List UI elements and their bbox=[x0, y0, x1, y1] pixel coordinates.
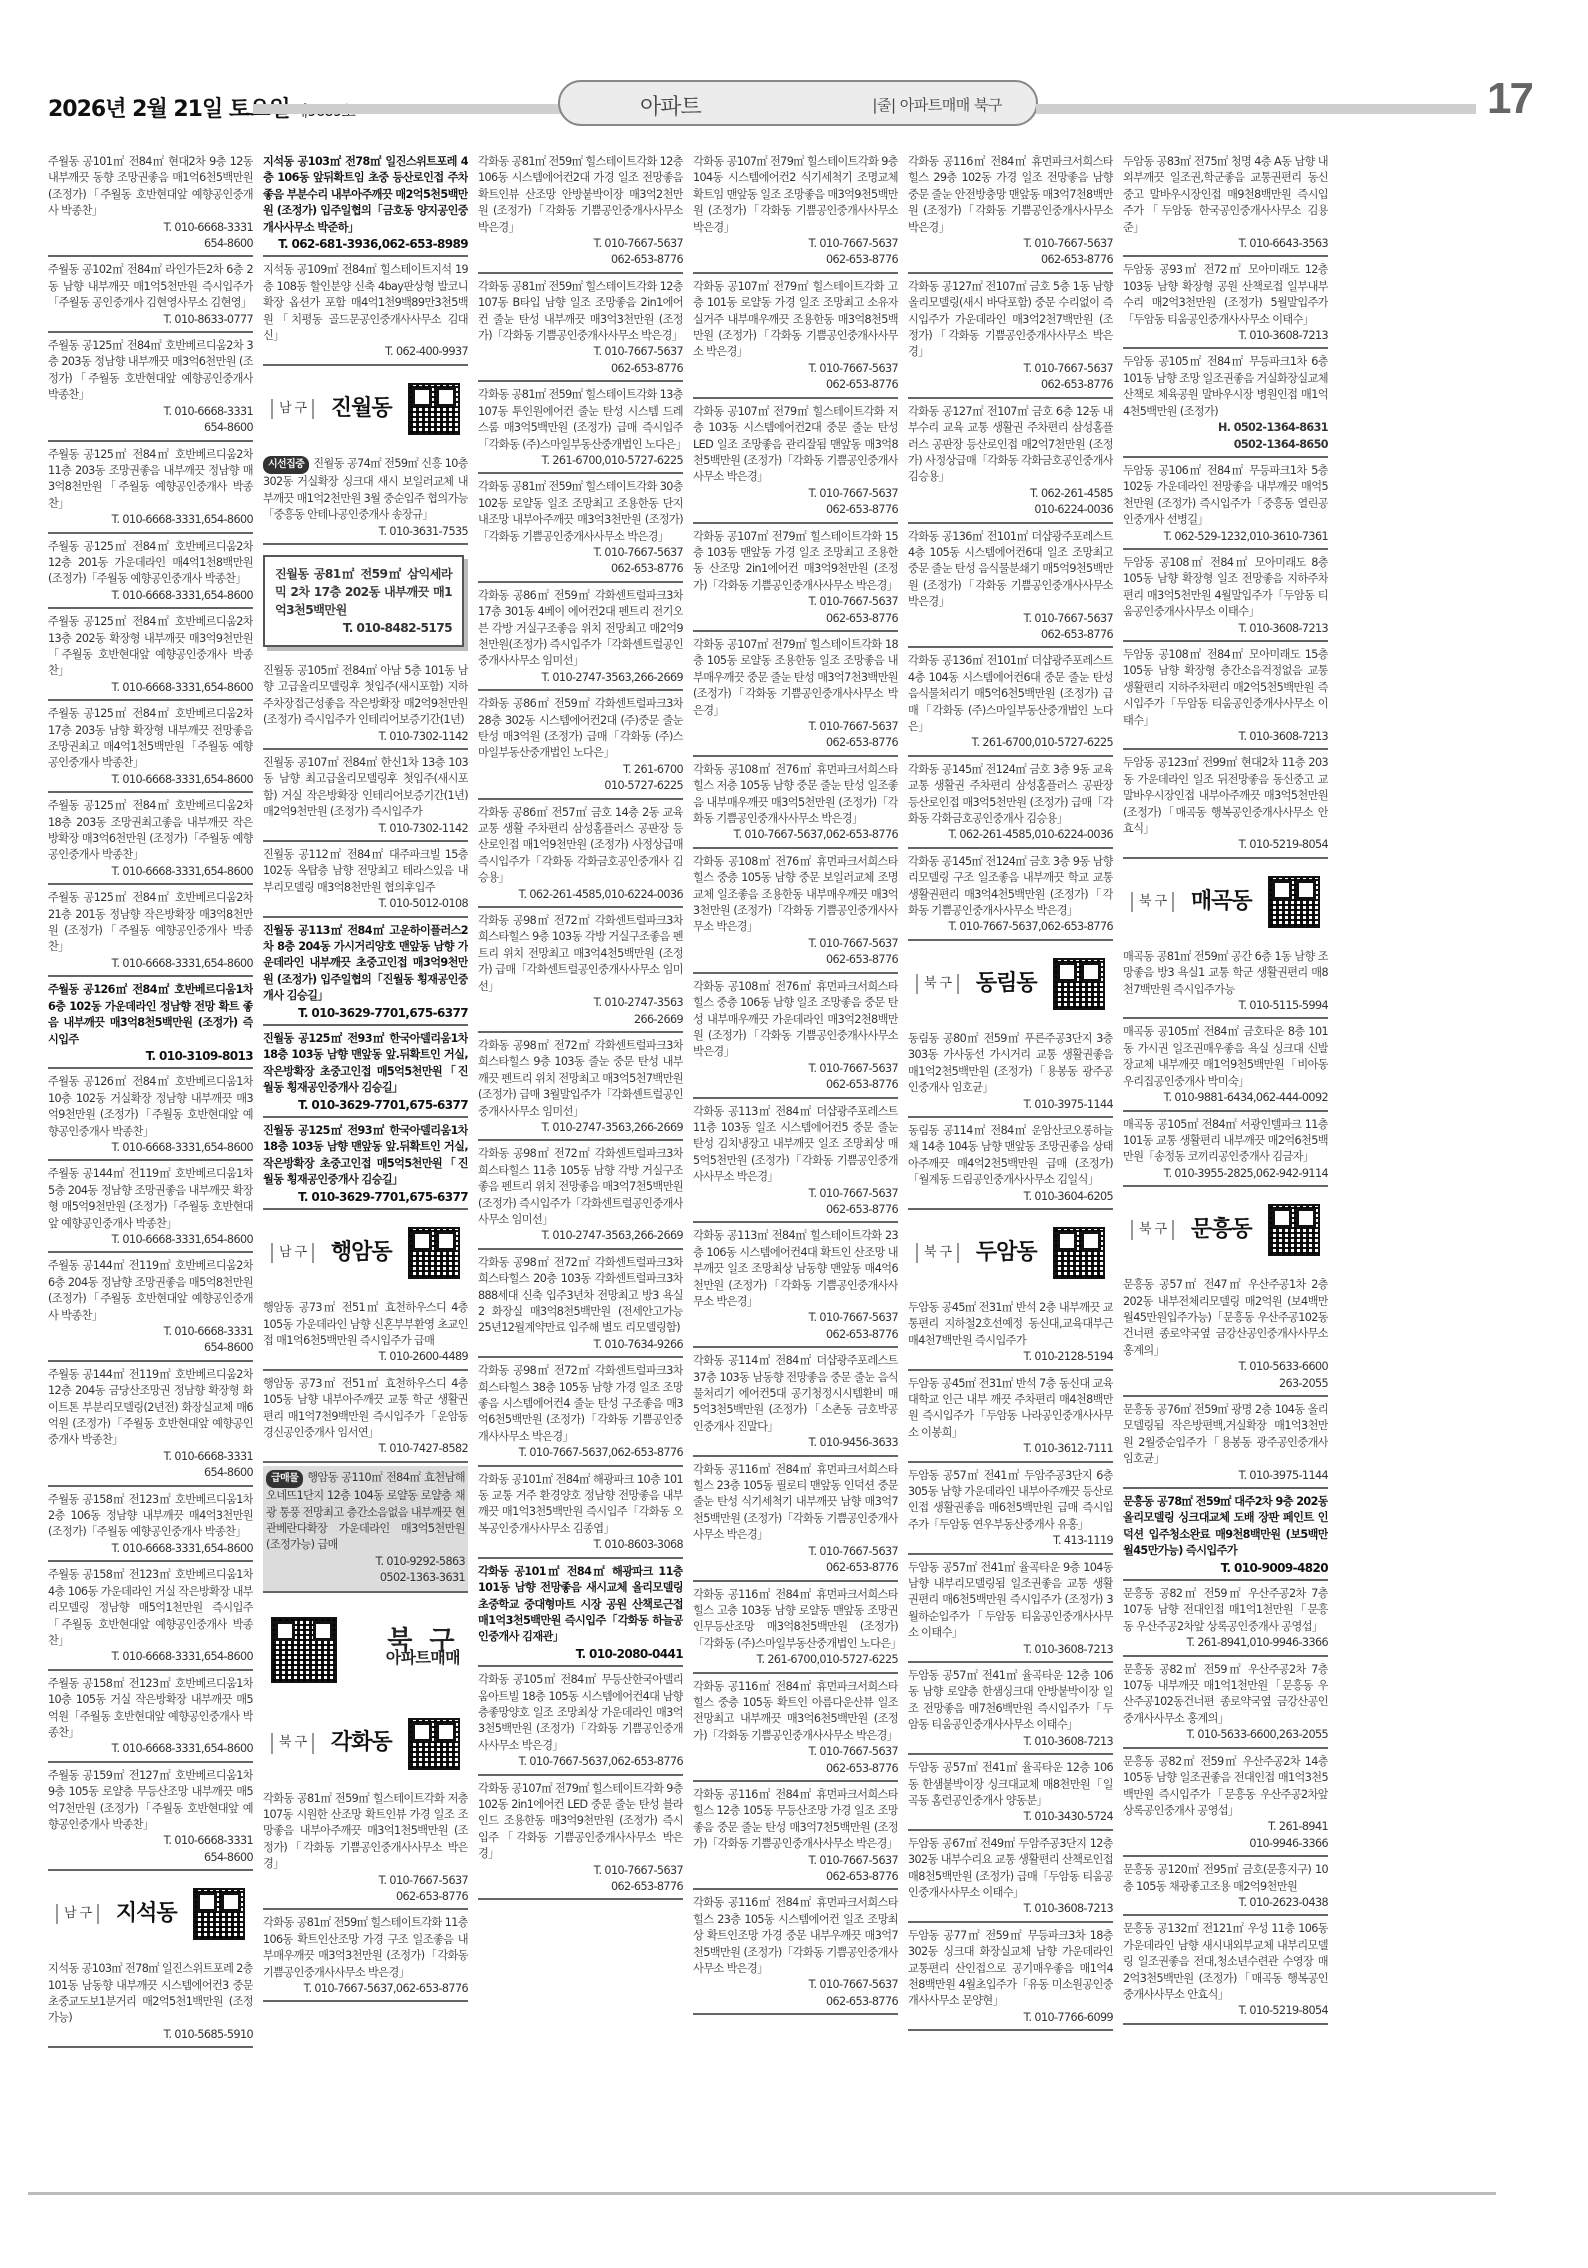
listing-text: 두암동 공45㎡ 전31㎡ 반석 7층 동신대 교육대학교 인근 내부 깨끗 주… bbox=[908, 1377, 1113, 1439]
phone-number: T. 010-8482-5175 bbox=[275, 619, 452, 637]
listing-entry: 주월동 공159㎡ 전127㎡ 호반베르디움1차 9층 105동 로얄층 무등산… bbox=[48, 1766, 253, 1871]
phone-number: T. 010-6668-3331,654-8600 bbox=[48, 956, 253, 972]
listing-entry: 각화동 공98㎡ 전72㎡ 각화센트럴파크3차 희스타힐스 9층 103동 각방… bbox=[478, 911, 683, 1033]
listing-text: 각화동 공81㎡ 전59㎡ 힐스테이트각화 13층 107동 투인원에어컨 줄눈… bbox=[478, 388, 683, 450]
phone-number: T. 062-261-4585,010-6224-0036 bbox=[478, 887, 683, 903]
phone-number: T. 010-2600-4489 bbox=[263, 1349, 468, 1365]
phone-number: T. 010-5219-8054 bbox=[1123, 837, 1328, 853]
listing-text: 매곡동 공81㎡ 전59㎡ 공간 6층 1동 남향 조망좋음 방3 욕실1 교통… bbox=[1123, 950, 1328, 996]
listing-text: 두암동 공57㎡ 전41㎡ 율곡타운 9층 104동 남향 내부리모델링됨 일조… bbox=[908, 1561, 1113, 1640]
qr-code-icon[interactable] bbox=[1053, 1227, 1105, 1279]
listing-entry: 지석동 공109㎡ 전84㎡ 힐스테이트지석 19층 108동 할인분양 신축 … bbox=[263, 260, 468, 365]
listing-text: 동림동 공114㎡ 전84㎡ 운암산코오롱하늘채 14층 104동 남향 맨앞동… bbox=[908, 1124, 1113, 1186]
phone-number: T. 010-7667-5637,062-653-8776 bbox=[478, 1754, 683, 1770]
listing-text: 주월동 공125㎡ 전84㎡ 호반베르디움2차 3층 203동 정남향 내부깨끗… bbox=[48, 339, 253, 401]
neighborhood-section-header: 북 구매곡동 bbox=[1123, 865, 1328, 939]
listing-entry: 동림동 공114㎡ 전84㎡ 운암산코오롱하늘채 14층 104동 남향 맨앞동… bbox=[908, 1121, 1113, 1210]
listing-text: 진월동 공107㎡ 전84㎡ 한신1차 13층 103동 남향 최고급올리모델링… bbox=[263, 756, 468, 818]
listing-entry: 각화동 공114㎡ 전84㎡ 더샵광주포레스트 37층 103동 남동향 전망좋… bbox=[693, 1351, 898, 1456]
neighborhood-section-header: 북 구두암동 bbox=[908, 1216, 1113, 1290]
listing-text: 각화동 공108㎡ 전76㎡ 휴먼파크서희스타힐스 저층 105동 남향 중문 … bbox=[693, 763, 898, 825]
listing-entry: 각화동 공116㎡ 전84㎡ 휴먼파크서희스타힐스 23층 105동 시스템에어… bbox=[693, 1893, 898, 2015]
listing-text: 각화동 공113㎡ 전84㎡ 힐스테이트각화 23층 106동 시스템에어컨4대… bbox=[693, 1229, 898, 1308]
listing-entry: 각화동 공107㎡ 전79㎡ 힐스테이트각화 고층 101동 로얄동 가경 일조… bbox=[693, 277, 898, 399]
phone-number: T. 010-3975-1144 bbox=[908, 1097, 1113, 1113]
listing-text: 각화동 공81㎡ 전59㎡ 힐스테이트각화 12층 107동 B타입 남향 일조… bbox=[478, 280, 683, 342]
phone-number: T. 261-8941 010-9946-3366 bbox=[1123, 1819, 1328, 1852]
listing-text: 각화동 공98㎡ 전72㎡ 각화센트럴파크3차 희스타힐스 9층 103동 각방… bbox=[478, 914, 683, 993]
listing-text: 각화동 공107㎡ 전79㎡ 힐스테이트각화 고층 101동 로얄동 가경 일조… bbox=[693, 280, 898, 359]
phone-number: T. 010-3430-5724 bbox=[908, 1809, 1113, 1825]
neighborhood-title: 동림동 bbox=[976, 976, 1037, 992]
listing-text: 두암동 공105㎡ 전84㎡ 무등파크1차 6층 101동 남향 조망 일조권좋… bbox=[1123, 355, 1328, 417]
phone-number: T. 261-6700,010-5727-6225 bbox=[478, 453, 683, 469]
listing-entry: 문흥동 공57㎡ 전47㎡ 우산주공1차 2층 202동 내부전체리모델링 매2… bbox=[1123, 1275, 1328, 1397]
phone-number: T. 010-6668-3331,654-8600 bbox=[48, 1649, 253, 1665]
listing-text: 주월동 공158㎡ 전123㎡ 호반베르디움1차 10층 105동 거실 작은방… bbox=[48, 1677, 253, 1739]
neighborhood-section-header: 북 구각화동 bbox=[263, 1707, 468, 1781]
section-subtitle: |줄| 아파트매매 북구 bbox=[872, 94, 1002, 115]
listing-entry: 각화동 공86㎡ 전59㎡ 각화센트럴파크3차 17층 301동 4베이 에어컨… bbox=[478, 586, 683, 691]
listing-entry: 각화동 공113㎡ 전84㎡ 힐스테이트각화 23층 106동 시스템에어컨4대… bbox=[693, 1226, 898, 1348]
district-label: 북 구 bbox=[916, 1243, 959, 1263]
listing-text: 각화동 공108㎡ 전76㎡ 휴먼파크서희스타힐스 중층 106동 남향 일조 … bbox=[693, 980, 898, 1059]
qr-code-icon[interactable] bbox=[1053, 958, 1105, 1010]
phone-number: T. 010-3608-7213 bbox=[1123, 729, 1328, 745]
listing-entry: 진월동 공113㎡ 전84㎡ 고운하이플러스2차 8층 204동 가시거리양호 … bbox=[263, 921, 468, 1026]
qr-code-icon[interactable] bbox=[408, 1227, 460, 1279]
listing-entry: 각화동 공136㎡ 전101㎡ 더샵광주포레스트 4층 105동 시스템에어컨6… bbox=[908, 527, 1113, 649]
phone-number: T. 010-6668-3331 654-8600 bbox=[48, 220, 253, 253]
listing-text: 각화동 공107㎡ 전79㎡ 힐스테이트각화 저층 103동 시스템에어컨2대 … bbox=[693, 405, 898, 484]
listing-entry: 매곡동 공105㎡ 전84㎡ 서광인텔파크 11층 101동 교통 생활편리 내… bbox=[1123, 1115, 1328, 1188]
district-label: 남 구 bbox=[271, 399, 314, 419]
listing-entry: 각화동 공98㎡ 전72㎡ 각화센트럴파크3차 희스타힐스 9층 103동 줄눈… bbox=[478, 1036, 683, 1141]
listing-entry: 두암동 공57㎡ 전41㎡ 두암주공3단지 6층 305동 남향 가운데라인 내… bbox=[908, 1466, 1113, 1555]
phone-number: T. 010-5219-8054 bbox=[1123, 2003, 1328, 2019]
listing-text: 진월동 공112㎡ 전84㎡ 대주파크빌 15층 102동 옥탑층 남향 전망최… bbox=[263, 848, 468, 894]
promo-text: 북 구아파트매매 bbox=[386, 1633, 460, 1666]
district-label: 남 구 bbox=[271, 1243, 314, 1263]
qr-code-icon[interactable] bbox=[193, 1888, 245, 1940]
listing-text: 매곡동 공105㎡ 전84㎡ 금호타운 8층 101동 가시권 일조권매우좋음 … bbox=[1123, 1025, 1328, 1087]
phone-number: T. 010-2747-3563,266-2669 bbox=[478, 1120, 683, 1136]
listing-entry: 문흥동 공120㎡ 전95㎡ 금호(문흥지구) 10층 105동 채광좋고조용 … bbox=[1123, 1860, 1328, 1916]
phone-number: T. 010-7667-5637 062-653-8776 bbox=[908, 236, 1113, 269]
listing-text: 각화동 공114㎡ 전84㎡ 더샵광주포레스트 37층 103동 남동향 전망좋… bbox=[693, 1354, 898, 1433]
neighborhood-title: 행암동 bbox=[331, 1245, 392, 1261]
listing-entry: 지석동 공103㎡ 전78㎡ 일진스위트포레 4층 106동 앞뒤확트임 초중 … bbox=[263, 152, 468, 257]
phone-number: T. 010-2623-0438 bbox=[1123, 1895, 1328, 1911]
phone-number: T. 010-6668-3331,654-8600 bbox=[48, 1140, 253, 1156]
listing-entry: 각화동 공107㎡ 전79㎡ 힐스테이트각화 9층 102동 2in1에어컨 L… bbox=[478, 1779, 683, 1901]
listing-entry: 각화동 공98㎡ 전72㎡ 각화센트럴파크3차 희스타힐스 38층 105동 남… bbox=[478, 1361, 683, 1466]
phone-number: T. 010-7302-1142 bbox=[263, 821, 468, 837]
listing-entry: 각화동 공127㎡ 전107㎡ 금호 5층 1동 남향 올리모델링(새시 바닥포… bbox=[908, 277, 1113, 399]
listing-text: 문흥동 공82㎡ 전59㎡ 우산주공2차 7층 107동 내부깨끗 매1억1천만… bbox=[1123, 1663, 1328, 1725]
qr-code-icon[interactable] bbox=[408, 383, 460, 435]
listing-text: 진월동 공113㎡ 전84㎡ 고운하이플러스2차 8층 204동 가시거리양호 … bbox=[263, 924, 468, 1003]
listing-text: 각화동 공127㎡ 전107㎡ 금호 5층 1동 남향 올리모델링(새시 바닥포… bbox=[908, 280, 1113, 359]
phone-number: T. 010-9292-5863 0502-1363-3631 bbox=[266, 1554, 465, 1587]
qr-code-icon[interactable] bbox=[271, 1617, 337, 1683]
phone-number: T. 010-5115-5994 bbox=[1123, 998, 1328, 1014]
phone-number: T. 010-7667-5637 062-653-8776 bbox=[478, 236, 683, 269]
neighborhood-title: 문흥동 bbox=[1191, 1222, 1252, 1238]
listing-entry: 주월동 공144㎡ 전119㎡ 호반베르디움1차 5층 204동 정남향 조망권… bbox=[48, 1164, 253, 1253]
listing-entry: 주월동 공125㎡ 전84㎡ 호반베르디움2차 11층 203동 조망권좋음 내… bbox=[48, 445, 253, 534]
phone-number: T. 010-7667-5637,062-653-8776 bbox=[263, 1981, 468, 1997]
listing-entry: 주월동 공144㎡ 전119㎡ 호반베르디움2차 12층 204동 금당산조망권… bbox=[48, 1365, 253, 1487]
listing-text: 각화동 공136㎡ 전101㎡ 더샵광주포레스트 4층 104동 시스템에어컨6… bbox=[908, 654, 1113, 733]
listing-entry: 각화동 공127㎡ 전107㎡ 금호 6층 12동 내부수리 교육 교통 생활권… bbox=[908, 402, 1113, 524]
listing-entry: 각화동 공81㎡ 전59㎡ 힐스테이트각화 30층 102동 로얄동 일조 조망… bbox=[478, 477, 683, 582]
listing-entry: 행암동 공73㎡ 전51㎡ 효천하우스디 4층 105동 남향 내부아주깨끗 교… bbox=[263, 1374, 468, 1463]
phone-number: T. 010-9881-6434,062-444-0092 bbox=[1123, 1090, 1328, 1106]
listing-column: 각화동 공116㎡ 전84㎡ 휴먼파크서희스타힐스 29층 102동 가경 일조… bbox=[908, 152, 1113, 2142]
phone-number: T. 010-7667-5637 062-653-8776 bbox=[693, 1061, 898, 1094]
listing-text: 주월동 공159㎡ 전127㎡ 호반베르디움1차 9층 105동 로얄층 무등산… bbox=[48, 1769, 253, 1831]
listing-text: 문흥동 공132㎡ 전121㎡ 우성 11층 106동 가운데라인 남향 새시내… bbox=[1123, 1922, 1328, 2001]
listing-entry: 각화동 공116㎡ 전84㎡ 휴먼파크서희스타힐스 고층 103동 남향 로얄동… bbox=[693, 1585, 898, 1674]
phone-number: T. 062-400-9937 bbox=[263, 344, 468, 360]
neighborhood-title: 진월동 bbox=[331, 401, 392, 417]
phone-number: T. 010-7667-5637 062-653-8776 bbox=[693, 361, 898, 394]
listing-entry: 각화동 공107㎡ 전79㎡ 힐스테이트각화 9층 104동 시스템에어컨2 식… bbox=[693, 152, 898, 274]
phone-number: T. 010-6668-3331 654-8600 bbox=[48, 1833, 253, 1866]
listing-entry: 진월동 공125㎡ 전93㎡ 한국아델리움1차 18층 103동 남향 맨앞동 … bbox=[263, 1121, 468, 1210]
listing-text: 각화동 공101㎡ 전84㎡ 해광파크 10층 101동 교통 거주 환경양호 … bbox=[478, 1473, 683, 1535]
listing-text: 주월동 공101㎡ 전84㎡ 현대2차 9층 12동 내부깨끗 동향 조망권좋음… bbox=[48, 155, 253, 217]
phone-number: T. 010-7667-5637 062-653-8776 bbox=[693, 719, 898, 752]
phone-number: T. 010-7667-5637 062-653-8776 bbox=[693, 1544, 898, 1577]
listing-text: 각화동 공101㎡ 전84㎡ 해광파크 11층 101동 남향 전망좋음 새시교… bbox=[478, 1565, 683, 1644]
neighborhood-section-header: 남 구진월동 bbox=[263, 372, 468, 446]
listing-entry: 주월동 공102㎡ 전84㎡ 라인가든2차 6층 2동 남향 내부깨끗 매1억5… bbox=[48, 260, 253, 333]
phone-number: T. 010-3608-7213 bbox=[908, 1901, 1113, 1917]
listing-text: 두암동 공45㎡ 전31㎡ 반석 2층 내부깨끗 교통편리 지하철2호선예정 동… bbox=[908, 1301, 1113, 1347]
listing-text: 두암동 공108㎡ 전84㎡ 모아미래도 15층 105동 남향 확장형 층간소… bbox=[1123, 648, 1328, 727]
listing-entry: 각화동 공107㎡ 전79㎡ 힐스테이트각화 저층 103동 시스템에어컨2대 … bbox=[693, 402, 898, 524]
listing-text: 지석동 공103㎡ 전78㎡ 일진스위트포레 2층 101동 남동향 내부깨끗 … bbox=[48, 1962, 253, 2024]
phone-number: T. 010-3612-7111 bbox=[908, 1441, 1113, 1457]
phone-number: T. 010-3604-6205 bbox=[908, 1189, 1113, 1205]
listing-text: 각화동 공116㎡ 전84㎡ 휴먼파크서희스타힐스 중층 105동 확트인 아름… bbox=[693, 1680, 898, 1742]
phone-number: T. 010-3629-7701,675-6377 bbox=[263, 1097, 468, 1113]
listing-entry: 주월동 공125㎡ 전84㎡ 호반베르디움2차 3층 203동 정남향 내부깨끗… bbox=[48, 336, 253, 441]
listing-entry: 두암동 공57㎡ 전41㎡ 율곡타운 12층 106동 남향 로얄층 한샘싱크대… bbox=[908, 1666, 1113, 1755]
listing-text: 각화동 공98㎡ 전72㎡ 각화센트럴파크3차 희스타힐스 9층 103동 줄눈… bbox=[478, 1039, 683, 1118]
listing-column: 주월동 공101㎡ 전84㎡ 현대2차 9층 12동 내부깨끗 동향 조망권좋음… bbox=[48, 152, 253, 2142]
listing-entry: 주월동 공126㎡ 전84㎡ 호반베르디움1차 10층 102동 거실확장 정남… bbox=[48, 1072, 253, 1161]
listing-text: 문흥동 공120㎡ 전95㎡ 금호(문흥지구) 10층 105동 채광좋고조용 … bbox=[1123, 1863, 1328, 1892]
listing-entry: 급매물행암동 공110㎡ 전84㎡ 효천남해오네뜨1단지 12층 104동 로얄… bbox=[263, 1466, 468, 1593]
listing-entry: 문흥동 공82㎡ 전59㎡ 우산주공2차 7층 107동 내부깨끗 매1억1천만… bbox=[1123, 1660, 1328, 1749]
listing-entry: 각화동 공107㎡ 전79㎡ 힐스테이트각화 15층 103동 맨앞동 가경 일… bbox=[693, 527, 898, 632]
phone-number: T. 010-2747-3563,266-2669 bbox=[478, 1228, 683, 1244]
phone-number: T. 010-3608-7213 bbox=[1123, 621, 1328, 637]
listing-entry: 주월동 공125㎡ 전84㎡ 호반베르디움2차 13층 202동 확장형 내부깨… bbox=[48, 612, 253, 701]
listing-text: 주월동 공125㎡ 전84㎡ 호반베르디움2차 18층 203동 조망권최고좋음… bbox=[48, 799, 253, 861]
listing-entry: 각화동 공98㎡ 전72㎡ 각화센트럴파크3차 희스타힐스 11층 105동 남… bbox=[478, 1144, 683, 1249]
phone-number: T. 010-5633-6600 263-2055 bbox=[1123, 1359, 1328, 1392]
listing-entry: 각화동 공116㎡ 전84㎡ 휴먼파크서희스타힐스 29층 102동 가경 일조… bbox=[908, 152, 1113, 274]
listing-text: 각화동 공116㎡ 전84㎡ 휴먼파크서희스타힐스 23층 105동 시스템에어… bbox=[693, 1896, 898, 1975]
phone-number: T. 010-7667-5637 062-653-8776 bbox=[908, 361, 1113, 394]
listing-entry: 각화동 공101㎡ 전84㎡ 해광파크 10층 101동 교통 거주 환경양호 … bbox=[478, 1470, 683, 1559]
phone-number: T. 010-5685-5910 bbox=[48, 2027, 253, 2043]
highlight-badge: 시선집중 bbox=[263, 456, 309, 474]
listing-text: 두암동 공57㎡ 전41㎡ 두암주공3단지 6층 305동 남향 가운데라인 내… bbox=[908, 1469, 1113, 1531]
listing-text: 진월동 공125㎡ 전93㎡ 한국아델리움1차 18층 103동 남향 맨앞동 … bbox=[263, 1032, 468, 1094]
listing-text: 주월동 공125㎡ 전84㎡ 호반베르디움2차 12층 201동 가운데라인 매… bbox=[48, 540, 253, 586]
listing-entry: 각화동 공113㎡ 전84㎡ 더샵광주포레스트 11층 103동 일조 시스템에… bbox=[693, 1102, 898, 1224]
phone-number: T. 010-2128-5194 bbox=[908, 1349, 1113, 1365]
promo-category: 아파트매매 bbox=[386, 1650, 460, 1666]
phone-number: T. 010-3608-7213 bbox=[908, 1642, 1113, 1658]
phone-number: T. 010-3955-2825,062-942-9114 bbox=[1123, 1166, 1328, 1182]
phone-number: T. 010-7302-1142 bbox=[263, 729, 468, 745]
listing-entry: 두암동 공45㎡ 전31㎡ 반석 2층 내부깨끗 교통편리 지하철2호선예정 동… bbox=[908, 1298, 1113, 1371]
listing-text: 매곡동 공105㎡ 전84㎡ 서광인텔파크 11층 101동 교통 생활편리 내… bbox=[1123, 1118, 1328, 1164]
listing-entry: 각화동 공108㎡ 전76㎡ 휴먼파크서희스타힐스 저층 105동 남향 중문 … bbox=[693, 760, 898, 849]
listing-text: 각화동 공116㎡ 전84㎡ 휴먼파크서희스타힐스 23층 105동 필로티 맨… bbox=[693, 1463, 898, 1542]
listing-text: 진월동 공125㎡ 전93㎡ 한국아델리움1차 18층 103동 남향 맨앞동 … bbox=[263, 1124, 468, 1186]
phone-number: T. 010-8603-3068 bbox=[478, 1537, 683, 1553]
listing-text: 각화동 공86㎡ 전57㎡ 금호 14층 2동 교육 교통 생활 주차편리 삼성… bbox=[478, 806, 683, 885]
phone-number: T. 010-7667-5637 062-653-8776 bbox=[693, 1310, 898, 1343]
phone-number: T. 010-6668-3331,654-8600 bbox=[48, 1741, 253, 1757]
listing-text: 주월동 공125㎡ 전84㎡ 호반베르디움2차 21층 201동 정남향 작은방… bbox=[48, 891, 253, 953]
page-header: 2026년 2월 21일 토요일제9689호 아파트 |줄| 아파트매매 북구 … bbox=[48, 78, 1540, 138]
listing-entry: 각화동 공108㎡ 전76㎡ 휴먼파크서희스타힐스 중층 106동 남향 일조 … bbox=[693, 977, 898, 1099]
listing-text: 각화동 공81㎡ 전59㎡ 힐스테이트각화 저층 107동 시원한 산조망 확트… bbox=[263, 1792, 468, 1871]
listing-text: 각화동 공86㎡ 전59㎡ 각화센트럴파크3차 17층 301동 4베이 에어컨… bbox=[478, 589, 683, 668]
listing-text: 각화동 공116㎡ 전84㎡ 휴먼파크서희스타힐스 29층 102동 가경 일조… bbox=[908, 155, 1113, 234]
listing-text: 두암동 공123㎡ 전99㎡ 현대2차 11층 203동 가운데라인 일조 뒤전… bbox=[1123, 756, 1328, 835]
listing-columns: 주월동 공101㎡ 전84㎡ 현대2차 9층 12동 내부깨끗 동향 조망권좋음… bbox=[48, 152, 1540, 2142]
listing-text: 두암동 공106㎡ 전84㎡ 무등파크1차 5층 102동 가운데라인 전망좋음… bbox=[1123, 464, 1328, 526]
listing-text: 각화동 공107㎡ 전79㎡ 힐스테이트각화 9층 104동 시스템에어컨2 식… bbox=[693, 155, 898, 234]
phone-number: T. 010-7427-8582 bbox=[263, 1441, 468, 1457]
header-rule-left bbox=[253, 104, 563, 114]
listing-entry: 각화동 공81㎡ 전59㎡ 힐스테이트각화 12층 107동 B타입 남향 일조… bbox=[478, 277, 683, 382]
listing-text: 두암동 공67㎡ 전49㎡ 두암주공3단지 12층 302동 내부수리요 교통 … bbox=[908, 1837, 1113, 1899]
phone-number: T. 010-7667-5637 062-653-8776 bbox=[693, 1977, 898, 2010]
listing-entry: 각화동 공81㎡ 전59㎡ 힐스테이트각화 11층 106동 확트인산조망 가경… bbox=[263, 1913, 468, 2002]
phone-number: T. 010-6668-3331,654-8600 bbox=[48, 588, 253, 604]
listing-entry: 각화동 공81㎡ 전59㎡ 힐스테이트각화 저층 107동 시원한 산조망 확트… bbox=[263, 1789, 468, 1911]
listing-text: 주월동 공144㎡ 전119㎡ 호반베르디움1차 5층 204동 정남향 조망권… bbox=[48, 1167, 253, 1229]
listing-text: 주월동 공126㎡ 전84㎡ 호반베르디움1차 6층 102동 가운데라인 정남… bbox=[48, 983, 253, 1045]
phone-number: T. 261-8941,010-9946-3366 bbox=[1123, 1635, 1328, 1651]
listing-text: 두암동 공57㎡ 전41㎡ 율곡타운 12층 106동 남향 로얄층 한샘싱크대… bbox=[908, 1669, 1113, 1731]
listing-entry: 두암동 공105㎡ 전84㎡ 무등파크1차 6층 101동 남향 조망 일조권좋… bbox=[1123, 352, 1328, 457]
highlight-badge: 급매물 bbox=[266, 1470, 303, 1488]
listing-entry: 행암동 공73㎡ 전51㎡ 효천하우스디 4층 105동 가운데라인 남향 신혼… bbox=[263, 1298, 468, 1371]
phone-number: T. 010-6668-3331,654-8600 bbox=[48, 512, 253, 528]
listing-entry: 주월동 공158㎡ 전123㎡ 호반베르디움1차 10층 105동 거실 작은방… bbox=[48, 1674, 253, 1763]
neighborhood-title: 매곡동 bbox=[1191, 894, 1252, 910]
phone-number: T. 010-7667-5637 062-653-8776 bbox=[693, 594, 898, 627]
listing-entry: 시선집중진월동 공74㎡ 전59㎡ 신흥 10층 302동 거실확장 싱크대 새… bbox=[263, 454, 468, 545]
listing-column: 각화동 공107㎡ 전79㎡ 힐스테이트각화 9층 104동 시스템에어컨2 식… bbox=[693, 152, 898, 2142]
listing-entry: 매곡동 공81㎡ 전59㎡ 공간 6층 1동 남향 조망좋음 방3 욕실1 교통… bbox=[1123, 947, 1328, 1020]
listing-text: 두암동 공93㎡ 전72㎡ 모아미래도 12층 103동 남향 확장형 공원 산… bbox=[1123, 263, 1328, 325]
listing-entry: 두암동 공108㎡ 전84㎡ 모아미래도 8층 105동 남향 확장형 일조 전… bbox=[1123, 553, 1328, 642]
listing-entry: 두암동 공83㎡ 전75㎡ 청명 4층 A동 남향 내외부깨끗 일조권,학군좋음… bbox=[1123, 152, 1328, 257]
phone-number: T. 010-3975-1144 bbox=[1123, 1468, 1328, 1484]
phone-number: T. 010-7667-5637 062-653-8776 bbox=[478, 344, 683, 377]
listing-entry: 주월동 공126㎡ 전84㎡ 호반베르디움1차 6층 102동 가운데라인 정남… bbox=[48, 980, 253, 1069]
listing-text: 각화동 공145㎡ 전124㎡ 금호 3층 9동 교육 교통 생활권 주차편리 … bbox=[908, 763, 1113, 825]
listing-entry: 각화동 공105㎡ 전84㎡ 무등산한국아델리움아트빌 18층 105동 시스템… bbox=[478, 1670, 683, 1775]
listing-text: 두암동 공108㎡ 전84㎡ 모아미래도 8층 105동 남향 확장형 일조 전… bbox=[1123, 556, 1328, 618]
listing-entry: 두암동 공108㎡ 전84㎡ 모아미래도 15층 105동 남향 확장형 층간소… bbox=[1123, 645, 1328, 750]
listing-entry: 두암동 공57㎡ 전41㎡ 율곡타운 9층 104동 남향 내부리모델링됨 일조… bbox=[908, 1558, 1113, 1663]
listing-entry: 주월동 공158㎡ 전123㎡ 호반베르디움1차 2층 106동 정남향 내부깨… bbox=[48, 1490, 253, 1563]
phone-number: T. 010-7667-5637 062-653-8776 bbox=[263, 1873, 468, 1906]
phone-number: H. 0502-1364-8631 0502-1364-8650 bbox=[1123, 420, 1328, 453]
listing-text: 각화동 공145㎡ 전124㎡ 금호 3층 9동 남향 리모델링 구조 일조좋음… bbox=[908, 855, 1113, 917]
listing-text: 두암동 공83㎡ 전75㎡ 청명 4층 A동 남향 내외부깨끗 일조권,학군좋음… bbox=[1123, 155, 1328, 234]
listing-entry: 각화동 공86㎡ 전57㎡ 금호 14층 2동 교육 교통 생활 주차편리 삼성… bbox=[478, 803, 683, 908]
listing-entry: 각화동 공145㎡ 전124㎡ 금호 3층 9동 남향 리모델링 구조 일조좋음… bbox=[908, 852, 1113, 941]
phone-number: T. 010-7667-5637 062-653-8776 bbox=[693, 1186, 898, 1219]
listing-text: 각화동 공108㎡ 전76㎡ 휴먼파크서희스타힐스 중층 105동 남향 중문 … bbox=[693, 855, 898, 934]
phone-number: T. 010-7667-5637,062-653-8776 bbox=[693, 827, 898, 843]
listing-entry: 각화동 공107㎡ 전79㎡ 힐스테이트각화 18층 105동 로얄동 조용한동… bbox=[693, 635, 898, 757]
phone-number: T. 010-3608-7213 bbox=[1123, 328, 1328, 344]
listing-text: 주월동 공125㎡ 전84㎡ 호반베르디움2차 11층 203동 조망권좋음 내… bbox=[48, 448, 253, 510]
listing-text: 각화동 공107㎡ 전79㎡ 힐스테이트각화 18층 105동 로얄동 조용한동… bbox=[693, 638, 898, 717]
listing-entry: 지석동 공103㎡ 전78㎡ 일진스위트포레 2층 101동 남동향 내부깨끗 … bbox=[48, 1959, 253, 2048]
neighborhood-title: 두암동 bbox=[976, 1245, 1037, 1261]
listing-text: 동림동 공80㎡ 전59㎡ 푸른주공3단지 3층 303동 가사동선 가시거리 … bbox=[908, 1032, 1113, 1094]
listing-entry: 주월동 공144㎡ 전119㎡ 호반베르디움2차 6층 204동 정남향 조망권… bbox=[48, 1256, 253, 1361]
qr-code-icon[interactable] bbox=[1268, 1204, 1320, 1256]
listing-entry: 각화동 공108㎡ 전76㎡ 휴먼파크서희스타힐스 중층 105동 남향 중문 … bbox=[693, 852, 898, 974]
listing-column: 두암동 공83㎡ 전75㎡ 청명 4층 A동 남향 내외부깨끗 일조권,학군좋음… bbox=[1123, 152, 1328, 2142]
listing-text: 문흥동 공82㎡ 전59㎡ 우산주공2차 7층 107동 남향 전대인접 매1억… bbox=[1123, 1587, 1328, 1633]
qr-code-icon[interactable] bbox=[408, 1718, 460, 1770]
phone-number: T. 010-7667-5637 062-653-8776 bbox=[478, 545, 683, 578]
listing-entry: 두암동 공123㎡ 전99㎡ 현대2차 11층 203동 가운데라인 일조 뒤전… bbox=[1123, 753, 1328, 858]
listing-text: 각화동 공81㎡ 전59㎡ 힐스테이트각화 12층 106동 시스템에어컨2대 … bbox=[478, 155, 683, 234]
listing-text: 행암동 공73㎡ 전51㎡ 효천하우스디 4층 105동 가운데라인 남향 신혼… bbox=[263, 1301, 468, 1347]
district-label: 북 구 bbox=[1131, 1220, 1174, 1240]
listing-text: 주월동 공126㎡ 전84㎡ 호반베르디움1차 10층 102동 거실확장 정남… bbox=[48, 1075, 253, 1137]
neighborhood-section-header: 남 구지석동 bbox=[48, 1877, 253, 1951]
phone-number: T. 010-7667-5637 062-653-8776 bbox=[693, 236, 898, 269]
listing-text: 각화동 공107㎡ 전79㎡ 힐스테이트각화 15층 103동 맨앞동 가경 일… bbox=[693, 530, 898, 592]
listing-entry: 각화동 공136㎡ 전101㎡ 더샵광주포레스트 4층 104동 시스템에어컨6… bbox=[908, 651, 1113, 756]
listing-entry: 주월동 공158㎡ 전123㎡ 호반베르디움1차 4층 106동 가운데라인 거… bbox=[48, 1565, 253, 1670]
listing-entry: 주월동 공125㎡ 전84㎡ 호반베르디움2차 18층 203동 조망권최고좋음… bbox=[48, 796, 253, 885]
phone-number: T. 010-6668-3331,654-8600 bbox=[48, 1541, 253, 1557]
phone-number: T. 010-9456-3633 bbox=[693, 1435, 898, 1451]
listing-entry: 동림동 공80㎡ 전59㎡ 푸른주공3단지 3층 303동 가사동선 가시거리 … bbox=[908, 1029, 1113, 1118]
listing-entry: 두암동 공57㎡ 전41㎡ 율곡타운 12층 106동 한샘붙박이장 싱크대교체… bbox=[908, 1758, 1113, 1831]
phone-number: T. 062-261-4585,010-6224-0036 bbox=[908, 827, 1113, 843]
district-label: 북 구 bbox=[916, 974, 959, 994]
listing-text: 주월동 공158㎡ 전123㎡ 호반베르디움1차 4층 106동 가운데라인 거… bbox=[48, 1568, 253, 1647]
listing-text: 진월동 공105㎡ 전84㎡ 아남 5층 101동 남향 고급올리모델링후 첫입… bbox=[263, 664, 468, 726]
phone-number: T. 413-1119 bbox=[908, 1533, 1113, 1549]
listing-entry: 매곡동 공105㎡ 전84㎡ 금호타운 8층 101동 가시권 일조권매우좋음 … bbox=[1123, 1022, 1328, 1111]
phone-number: T. 261-6700,010-5727-6225 bbox=[693, 1652, 898, 1668]
listing-entry: 주월동 공125㎡ 전84㎡ 호반베르디움2차 17층 203동 남향 확장형 … bbox=[48, 704, 253, 793]
listing-entry: 각화동 공145㎡ 전124㎡ 금호 3층 9동 교육 교통 생활권 주차편리 … bbox=[908, 760, 1113, 849]
listing-text: 각화동 공116㎡ 전84㎡ 휴먼파크서희스타힐스 고층 103동 남향 로얄동… bbox=[693, 1588, 898, 1650]
listing-entry: 각화동 공116㎡ 전84㎡ 휴먼파크서희스타힐스 중층 105동 확트인 아름… bbox=[693, 1677, 898, 1782]
phone-number: T. 010-6668-3331,654-8600 bbox=[48, 864, 253, 880]
listing-text: 지석동 공109㎡ 전84㎡ 힐스테이트지석 19층 108동 할인분양 신축 … bbox=[263, 263, 468, 342]
phone-number: T. 010-7667-5637 062-653-8776 bbox=[693, 486, 898, 519]
listing-text: 주월동 공125㎡ 전84㎡ 호반베르디움2차 13층 202동 확장형 내부깨… bbox=[48, 615, 253, 677]
listing-entry: 주월동 공125㎡ 전84㎡ 호반베르디움2차 21층 201동 정남향 작은방… bbox=[48, 888, 253, 977]
listing-entry: 문흥동 공76㎡ 전59㎡ 광명 2층 104동 올리모델링됨 작은방편백,거실… bbox=[1123, 1400, 1328, 1489]
phone-number: T. 010-6643-3563 bbox=[1123, 236, 1328, 252]
phone-number: T. 010-7766-6099 bbox=[908, 2010, 1113, 2026]
listing-text: 주월동 공102㎡ 전84㎡ 라인가든2차 6층 2동 남향 내부깨끗 매1억5… bbox=[48, 263, 253, 309]
phone-number: T. 010-8633-0777 bbox=[48, 312, 253, 328]
phone-number: T. 010-6668-3331 654-8600 bbox=[48, 404, 253, 437]
listing-text: 두암동 공57㎡ 전41㎡ 율곡타운 12층 106동 한샘붙박이장 싱크대교체… bbox=[908, 1761, 1113, 1807]
listing-text: 각화동 공86㎡ 전59㎡ 각화센트럴파크3차 28층 302동 시스템에어컨2… bbox=[478, 697, 683, 759]
listing-text: 주월동 공158㎡ 전123㎡ 호반베르디움1차 2층 106동 정남향 내부깨… bbox=[48, 1493, 253, 1539]
phone-number: T. 062-681-3936,062-653-8989 bbox=[263, 236, 468, 252]
listing-text: 주월동 공125㎡ 전84㎡ 호반베르디움2차 17층 203동 남향 확장형 … bbox=[48, 707, 253, 769]
district-label: 남 구 bbox=[56, 1904, 99, 1924]
listing-text: 각화동 공81㎡ 전59㎡ 힐스테이트각화 11층 106동 확트인산조망 가경… bbox=[263, 1916, 468, 1978]
phone-number: T. 010-3109-8013 bbox=[48, 1048, 253, 1064]
phone-number: T. 010-7634-9266 bbox=[478, 1337, 683, 1353]
listing-text: 각화동 공116㎡ 전84㎡ 휴먼파크서희스타힐스 12층 105동 무등산조망… bbox=[693, 1788, 898, 1850]
listing-entry: 진월동 공105㎡ 전84㎡ 아남 5층 101동 남향 고급올리모델링후 첫입… bbox=[263, 661, 468, 750]
phone-number: T. 010-2080-0441 bbox=[478, 1646, 683, 1662]
phone-number: T. 062-529-1232,010-3610-7361 bbox=[1123, 529, 1328, 545]
phone-number: T. 010-6668-3331 654-8600 bbox=[48, 1449, 253, 1482]
phone-number: T. 010-7667-5637,062-653-8776 bbox=[478, 1445, 683, 1461]
listing-text: 문흥동 공76㎡ 전59㎡ 광명 2층 104동 올리모델링됨 작은방편백,거실… bbox=[1123, 1403, 1328, 1465]
listing-text: 각화동 공136㎡ 전101㎡ 더샵광주포레스트 4층 105동 시스템에어컨6… bbox=[908, 530, 1113, 609]
listing-entry: 각화동 공116㎡ 전84㎡ 휴먼파크서희스타힐스 12층 105동 무등산조망… bbox=[693, 1785, 898, 1890]
section-title: 아파트 bbox=[640, 90, 701, 121]
listing-entry: 두암동 공106㎡ 전84㎡ 무등파크1차 5층 102동 가운데라인 전망좋음… bbox=[1123, 461, 1328, 550]
footer-rule bbox=[28, 2192, 1496, 2195]
listing-text: 문흥동 공78㎡ 전59㎡ 대주2차 9층 202동 올리모델링 싱크대교체 도… bbox=[1123, 1495, 1328, 1557]
phone-number: T. 010-3608-7213 bbox=[908, 1734, 1113, 1750]
listing-text: 각화동 공98㎡ 전72㎡ 각화센트럴파크3차 희스타힐스 38층 105동 남… bbox=[478, 1364, 683, 1443]
phone-number: T. 010-3631-7535 bbox=[263, 524, 468, 540]
listing-entry: 각화동 공116㎡ 전84㎡ 휴먼파크서희스타힐스 23층 105동 필로티 맨… bbox=[693, 1460, 898, 1582]
phone-number: T. 010-3629-7701,675-6377 bbox=[263, 1189, 468, 1205]
listing-entry: 각화동 공86㎡ 전59㎡ 각화센트럴파크3차 28층 302동 시스템에어컨2… bbox=[478, 694, 683, 799]
qr-code-icon[interactable] bbox=[1268, 876, 1320, 928]
phone-number: T. 010-9009-4820 bbox=[1123, 1560, 1328, 1576]
listing-text: 문흥동 공82㎡ 전59㎡ 우산주공2차 14층 105동 남향 일조권좋음 전… bbox=[1123, 1755, 1328, 1817]
phone-number: T. 010-5633-6600,263-2055 bbox=[1123, 1727, 1328, 1743]
phone-number: T. 010-7667-5637,062-653-8776 bbox=[908, 919, 1113, 935]
district-promo-banner: 북 구아파트매매 bbox=[263, 1605, 468, 1695]
phone-number: T. 010-2747-3563,266-2669 bbox=[478, 670, 683, 686]
phone-number: T. 010-6668-3331 654-8600 bbox=[48, 1324, 253, 1357]
listing-text: 문흥동 공57㎡ 전47㎡ 우산주공1차 2층 202동 내부전체리모델링 매2… bbox=[1123, 1278, 1328, 1357]
listing-text: 두암동 공77㎡ 전59㎡ 무등파크3차 18층 302동 싱크대 화장실교체 … bbox=[908, 1929, 1113, 2008]
listing-entry: 문흥동 공132㎡ 전121㎡ 우성 11층 106동 가운데라인 남향 새시내… bbox=[1123, 1919, 1328, 2024]
phone-number: T. 010-3629-7701,675-6377 bbox=[263, 1005, 468, 1021]
